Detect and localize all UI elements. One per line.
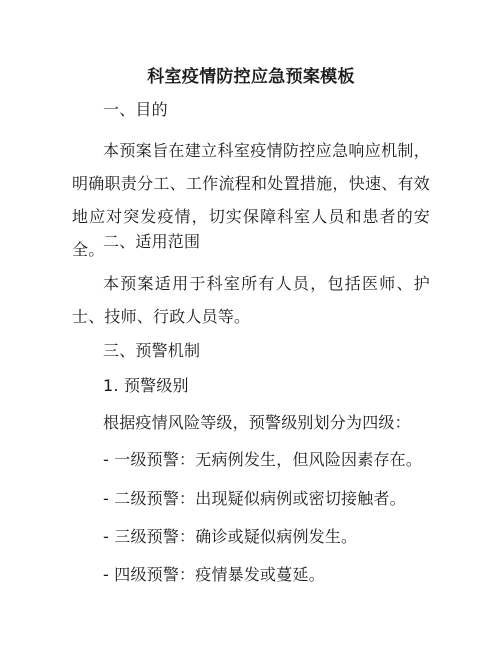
section-heading-scope: 二、适用范围 bbox=[103, 232, 200, 252]
warning-level-item: - 四级预警：疫情暴发或蔓延。 bbox=[103, 565, 325, 585]
warning-level-item: - 三级预警：确诊或疑似病例发生。 bbox=[103, 527, 357, 547]
document-title: 科室疫情防控应急预案模板 bbox=[72, 62, 430, 87]
warning-levels-intro: 根据疫情风险等级，预警级别划分为四级： bbox=[103, 413, 411, 433]
section-heading-warning-mechanism: 三、预警机制 bbox=[103, 341, 200, 361]
subheading-warning-levels: 1. 预警级别 bbox=[103, 376, 189, 396]
warning-level-item: - 一级预警：无病例发生，但风险因素存在。 bbox=[103, 450, 422, 470]
section-heading-purpose: 一、目的 bbox=[103, 100, 168, 120]
section-paragraph-scope: 本预案适用于科室所有人员，包括医师、护士、技师、行政人员等。 bbox=[72, 267, 430, 333]
warning-level-item: - 二级预警：出现疑似病例或密切接触者。 bbox=[103, 489, 406, 509]
